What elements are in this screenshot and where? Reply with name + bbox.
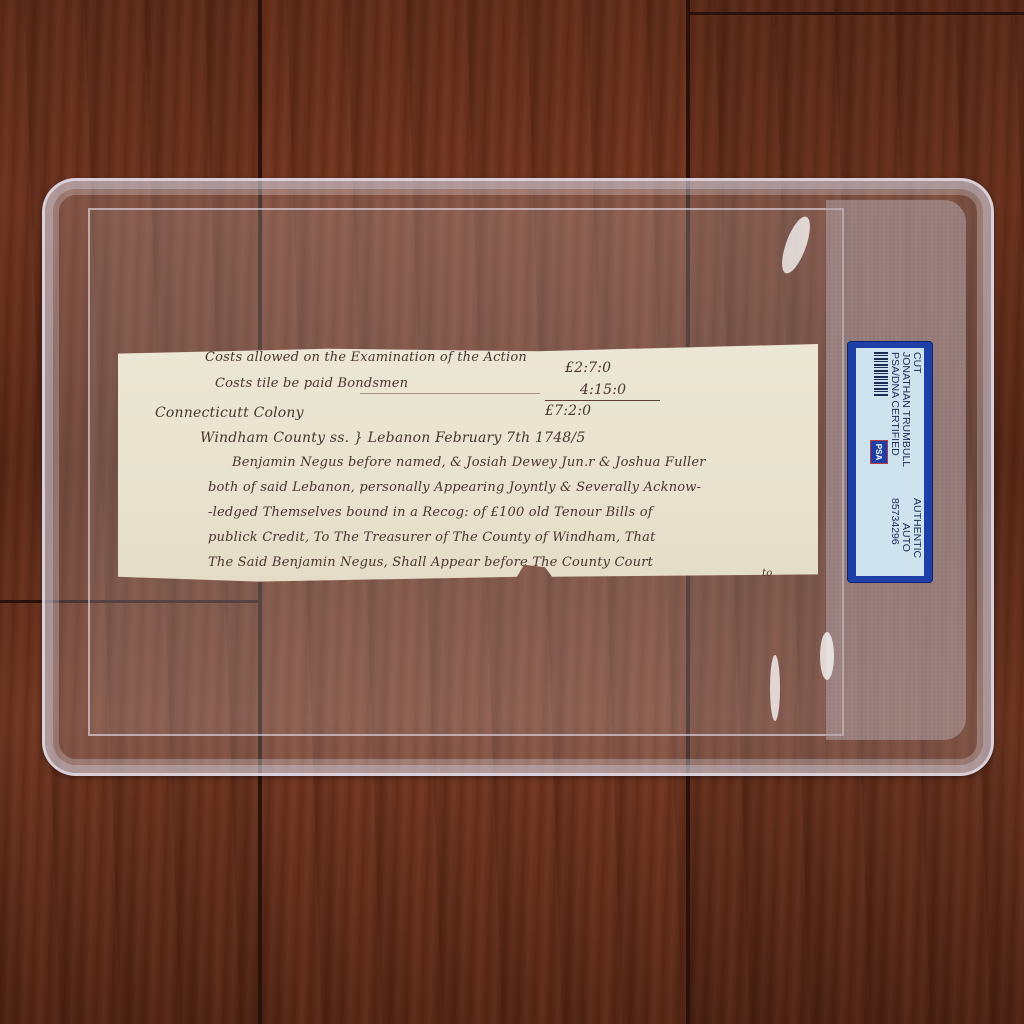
doc-line: Connecticutt Colony — [155, 405, 304, 421]
label-text-block: CUT JONATHAN TRUMBULL PSA/DNA CERTIFIED … — [856, 348, 924, 576]
sum-rule — [545, 400, 660, 401]
label-certification: PSA/DNA CERTIFIED — [889, 352, 900, 456]
label-subject: JONATHAN TRUMBULL — [900, 352, 911, 467]
doc-line: Windham County ss. } Lebanon February 7t… — [200, 430, 585, 446]
light-glare — [770, 655, 780, 721]
barcode-icon — [874, 352, 888, 396]
doc-line: Costs allowed on the Examination of the … — [205, 350, 527, 365]
label-cert-number: 85734296 — [889, 498, 900, 545]
doc-line: The Said Benjamin Negus, Shall Appear be… — [208, 555, 653, 570]
doc-line: both of said Lebanon, personally Appeari… — [208, 480, 701, 495]
doc-line: Costs tile be paid Bondsmen — [215, 376, 408, 391]
psa-logo-icon: PSA — [870, 440, 888, 464]
psa-certification-label: CUT JONATHAN TRUMBULL PSA/DNA CERTIFIED … — [848, 342, 932, 582]
label-face: CUT JONATHAN TRUMBULL PSA/DNA CERTIFIED … — [856, 348, 924, 576]
doc-line: -ledged Themselves bound in a Recog: of … — [208, 505, 653, 520]
light-glare — [820, 632, 834, 680]
label-grade-authentic: AUTHENTIC — [911, 498, 922, 558]
label-grade-auto: AUTO — [900, 523, 911, 552]
doc-trailing-word: to — [762, 568, 772, 579]
label-type: CUT — [911, 352, 922, 374]
doc-amount: 4:15:0 — [580, 382, 626, 398]
doc-rule — [360, 393, 540, 394]
doc-line: Benjamin Negus before named, & Josiah De… — [232, 455, 706, 470]
doc-line: publick Credit, To The Treasurer of The … — [208, 530, 656, 545]
doc-amount: £2:7:0 — [565, 360, 611, 376]
plank-seam — [690, 12, 1024, 15]
doc-amount-total: £7:2:0 — [545, 403, 591, 419]
